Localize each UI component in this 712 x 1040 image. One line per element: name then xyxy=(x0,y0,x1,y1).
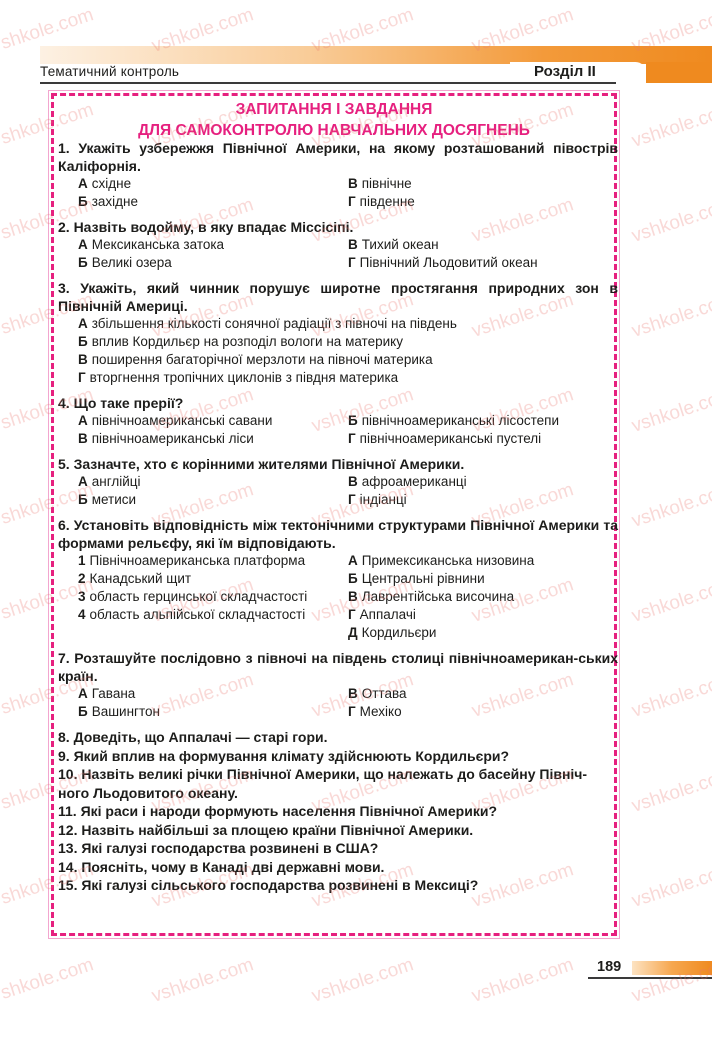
option-letter: 1 xyxy=(78,553,86,568)
footer-gradient-bar xyxy=(632,961,712,975)
option-item: АМексиканська затока xyxy=(78,236,348,254)
header-rule xyxy=(40,82,616,84)
matching-right-item: ВЛаврентійська височина xyxy=(348,588,618,606)
option-text: Великі озера xyxy=(92,255,172,270)
page-number: 189 xyxy=(597,959,621,975)
question-text: 4. Що таке прерії? xyxy=(58,394,618,412)
option-item: Азбільшення кількості сонячної радіації … xyxy=(78,315,457,333)
question-options: АМексиканська затокаВТихий океанБВеликі … xyxy=(78,236,618,272)
watermark-text: vshkole.com xyxy=(629,289,712,343)
option-item: Гіндіанці xyxy=(348,491,618,509)
matching-row: 1Північноамериканська платформаАПримекси… xyxy=(78,552,618,570)
open-question: 9. Який вплив на формування клімату здій… xyxy=(58,747,618,766)
option-letter: Г xyxy=(348,431,356,446)
option-text: Центральні рівнини xyxy=(362,571,485,586)
option-text: афроамериканці xyxy=(362,474,467,489)
option-text: Вашингтон xyxy=(92,704,160,719)
matching-left-item: 1Північноамериканська платформа xyxy=(78,552,348,570)
watermark-text: vshkole.com xyxy=(629,194,712,248)
matching-left-item: 4область альпійської складчастості xyxy=(78,606,348,624)
open-question: 11. Які раси і народи формують населення… xyxy=(58,802,618,821)
option-text: Примексиканська низовина xyxy=(362,553,535,568)
option-item: Гпівденне xyxy=(348,193,618,211)
option-text: метиси xyxy=(92,492,136,507)
chapter-label: Розділ II xyxy=(534,63,596,80)
option-text: англійці xyxy=(92,474,141,489)
options-row: АМексиканська затокаВТихий океан xyxy=(78,236,618,254)
option-item: Бметиси xyxy=(78,491,348,509)
option-item: АГавана xyxy=(78,685,348,703)
question-options: Азбільшення кількості сонячної радіації … xyxy=(78,315,618,387)
section-label: Тематичний контроль xyxy=(40,64,179,79)
option-text: Гавана xyxy=(92,686,136,701)
option-letter: Б xyxy=(78,255,88,270)
option-item: ВОттава xyxy=(348,685,618,703)
option-letter: Б xyxy=(78,492,88,507)
watermark-text: vshkole.com xyxy=(309,954,416,1008)
question-text: 3. Укажіть, який чинник порушує широтне … xyxy=(58,279,618,315)
option-letter: А xyxy=(78,413,88,428)
chapter-tab-fill xyxy=(646,62,712,83)
open-question: 14. Поясніть, чому в Канаді дві державні… xyxy=(58,858,618,877)
option-letter: В xyxy=(78,431,88,446)
option-letter: А xyxy=(78,686,88,701)
options-row: БВеликі озераГПівнічний Льодовитий океан xyxy=(78,254,618,272)
question-text: 2. Назвіть водойму, в яку впадає Міссісі… xyxy=(58,218,618,236)
watermark-text: vshkole.com xyxy=(629,479,712,533)
option-letter: Г xyxy=(348,492,356,507)
matching-right-item: БЦентральні рівнини xyxy=(348,570,618,588)
option-letter: Б xyxy=(78,704,88,719)
option-text: північноамериканські савани xyxy=(92,413,273,428)
option-item: Впівнічне xyxy=(348,175,618,193)
option-text: Північний Льодовитий океан xyxy=(360,255,538,270)
option-text: Оттава xyxy=(362,686,407,701)
matching-right-item: ГАппалачі xyxy=(348,606,618,624)
watermark-text: vshkole.com xyxy=(629,384,712,438)
option-item: Вафроамериканці xyxy=(348,473,618,491)
option-letter: Г xyxy=(348,194,356,209)
option-text: Мексиканська затока xyxy=(92,237,224,252)
option-letter: Д xyxy=(348,625,358,640)
question-text: 7. Розташуйте послідовно з півночі на пі… xyxy=(58,649,618,685)
option-letter: Г xyxy=(348,255,356,270)
options-row: Бвплив Кордильєр на розподіл вологи на м… xyxy=(78,333,618,351)
option-text: Тихий океан xyxy=(362,237,439,252)
options-row: Впівнічноамериканські лісиГпівнічноамери… xyxy=(78,430,618,448)
question-text: 1. Укажіть узбережжя Північної Америки, … xyxy=(58,139,618,175)
open-question: 12. Назвіть найбільші за площею країни П… xyxy=(58,821,618,840)
option-letter: Г xyxy=(348,704,356,719)
page-header: Тематичний контроль Розділ II xyxy=(40,62,712,82)
options-row: Апівнічноамериканські саваниБпівнічноаме… xyxy=(78,412,618,430)
option-text: північне xyxy=(362,176,412,191)
option-text: північноамериканські ліси xyxy=(92,431,254,446)
option-letter: 3 xyxy=(78,589,86,604)
option-letter: 2 xyxy=(78,571,86,586)
matching-row: 4область альпійської складчастостіГАппал… xyxy=(78,606,618,624)
option-letter: Г xyxy=(348,607,356,622)
empty-cell xyxy=(78,624,348,642)
option-item: Аанглійці xyxy=(78,473,348,491)
option-letter: Б xyxy=(78,334,88,349)
option-letter: Б xyxy=(348,571,358,586)
matching-left-item: 3область герцинської складчастості xyxy=(78,588,348,606)
option-text: північноамериканські лісостепи xyxy=(362,413,559,428)
question-block: 2. Назвіть водойму, в яку впадає Міссісі… xyxy=(58,218,618,272)
option-item: ГПівнічний Льодовитий океан xyxy=(348,254,618,272)
option-text: збільшення кількості сонячної радіації з… xyxy=(92,316,457,331)
option-letter: В xyxy=(78,352,88,367)
box-title-line2: ДЛЯ САМОКОНТРОЛЮ НАВЧАЛЬНИХ ДОСЯГНЕНЬ xyxy=(49,120,619,141)
matching-left-item: 2Канадський щит xyxy=(78,570,348,588)
option-text: східне xyxy=(92,176,131,191)
option-text: південне xyxy=(360,194,415,209)
open-question: 10. Назвіть великі річки Північної Амери… xyxy=(58,765,618,802)
option-letter: А xyxy=(78,176,88,191)
option-item: ВТихий океан xyxy=(348,236,618,254)
option-item: БВашингтон xyxy=(78,703,348,721)
option-letter: Б xyxy=(78,194,88,209)
option-letter: А xyxy=(78,316,88,331)
option-item: БВеликі озера xyxy=(78,254,348,272)
open-question: 8. Доведіть, що Аппалачі — старі гори. xyxy=(58,728,618,747)
option-item: Гвторгнення тропічних циклонів з півдня … xyxy=(78,369,398,387)
watermark-text: vshkole.com xyxy=(629,859,712,913)
option-text: вторгнення тропічних циклонів з півдня м… xyxy=(90,370,399,385)
option-text: вплив Кордильєр на розподіл вологи на ма… xyxy=(92,334,403,349)
watermark-text: vshkole.com xyxy=(149,954,256,1008)
option-text: західне xyxy=(92,194,138,209)
open-question: 13. Які галузі господарства розвинені в … xyxy=(58,839,618,858)
option-item: Бпівнічноамериканські лісостепи xyxy=(348,412,618,430)
option-letter: А xyxy=(348,553,358,568)
option-text: Аппалачі xyxy=(360,607,416,622)
options-row: АГаванаВОттава xyxy=(78,685,618,703)
question-block: 3. Укажіть, який чинник порушує широтне … xyxy=(58,279,618,387)
option-text: індіанці xyxy=(360,492,407,507)
options-row: Азбільшення кількості сонячної радіації … xyxy=(78,315,618,333)
options-row: БметисиГіндіанці xyxy=(78,491,618,509)
question-options: АанглійціВафроамериканціБметисиГіндіанці xyxy=(78,473,618,509)
watermark-text: vshkole.com xyxy=(469,954,576,1008)
option-item: ГМехіко xyxy=(348,703,618,721)
question-block: 7. Розташуйте послідовно з півночі на пі… xyxy=(58,649,618,721)
option-text: Канадський щит xyxy=(90,571,192,586)
option-text: область герцинської складчастості xyxy=(90,589,308,604)
matching-row: 3область герцинської складчастостіВЛавре… xyxy=(78,588,618,606)
option-item: Бвплив Кордильєр на розподіл вологи на м… xyxy=(78,333,403,351)
question-block: 6. Установіть відповідність між тектоніч… xyxy=(58,516,618,642)
option-letter: В xyxy=(348,686,358,701)
watermark-text: vshkole.com xyxy=(629,669,712,723)
option-letter: В xyxy=(348,237,358,252)
option-item: Гпівнічноамериканські пустелі xyxy=(348,430,618,448)
options-row: Впоширення багаторічної мерзлоти на півн… xyxy=(78,351,618,369)
watermark-text: vshkole.com xyxy=(0,954,96,1008)
matching-right-item: АПримексиканська низовина xyxy=(348,552,618,570)
open-question: 15. Які галузі сільського господарства р… xyxy=(58,876,618,895)
option-letter: В xyxy=(348,589,358,604)
watermark-text: vshkole.com xyxy=(629,574,712,628)
option-letter: 4 xyxy=(78,607,86,622)
option-letter: Б xyxy=(348,413,358,428)
option-item: Бзахідне xyxy=(78,193,348,211)
question-options: 1Північноамериканська платформаАПримекси… xyxy=(78,552,618,642)
option-text: Кордильєри xyxy=(362,625,437,640)
watermark-text: vshkole.com xyxy=(629,99,712,153)
option-letter: Г xyxy=(78,370,86,385)
option-item: Асхідне xyxy=(78,175,348,193)
option-item: Впоширення багаторічної мерзлоти на півн… xyxy=(78,351,433,369)
matching-right-item: ДКордильєри xyxy=(348,624,618,642)
matching-row: ДКордильєри xyxy=(78,624,618,642)
box-title: ЗАПИТАННЯ І ЗАВДАННЯ ДЛЯ САМОКОНТРОЛЮ НА… xyxy=(49,99,619,141)
question-options: АсхіднеВпівнічнеБзахіднеГпівденне xyxy=(78,175,618,211)
option-text: поширення багаторічної мерзлоти на півно… xyxy=(92,352,433,367)
option-letter: В xyxy=(348,176,358,191)
box-title-line1: ЗАПИТАННЯ І ЗАВДАННЯ xyxy=(49,99,619,120)
options-row: АанглійціВафроамериканці xyxy=(78,473,618,491)
question-options: АГаванаВОттаваБВашингтонГМехіко xyxy=(78,685,618,721)
option-text: північноамериканські пустелі xyxy=(360,431,542,446)
question-text: 6. Установіть відповідність між тектоніч… xyxy=(58,516,618,552)
question-block: 1. Укажіть узбережжя Північної Америки, … xyxy=(58,139,618,211)
option-item: Апівнічноамериканські савани xyxy=(78,412,348,430)
options-row: АсхіднеВпівнічне xyxy=(78,175,618,193)
option-letter: В xyxy=(348,474,358,489)
question-options: Апівнічноамериканські саваниБпівнічноаме… xyxy=(78,412,618,448)
option-text: область альпійської складчастості xyxy=(90,607,306,622)
option-text: Мехіко xyxy=(360,704,402,719)
questions-list: 1. Укажіть узбережжя Північної Америки, … xyxy=(58,139,618,895)
options-row: БВашингтонГМехіко xyxy=(78,703,618,721)
option-item: Впівнічноамериканські ліси xyxy=(78,430,348,448)
options-row: БзахіднеГпівденне xyxy=(78,193,618,211)
options-row: Гвторгнення тропічних циклонів з півдня … xyxy=(78,369,618,387)
option-text: Лаврентійська височина xyxy=(362,589,514,604)
footer-rule xyxy=(588,977,712,979)
option-text: Північноамериканська платформа xyxy=(90,553,306,568)
option-letter: А xyxy=(78,474,88,489)
matching-row: 2Канадський щитБЦентральні рівнини xyxy=(78,570,618,588)
question-text: 5. Зазначте, хто є корінними жителями Пі… xyxy=(58,455,618,473)
option-letter: А xyxy=(78,237,88,252)
question-block: 5. Зазначте, хто є корінними жителями Пі… xyxy=(58,455,618,509)
question-block: 4. Що таке прерії?Апівнічноамериканські … xyxy=(58,394,618,448)
watermark-text: vshkole.com xyxy=(629,764,712,818)
